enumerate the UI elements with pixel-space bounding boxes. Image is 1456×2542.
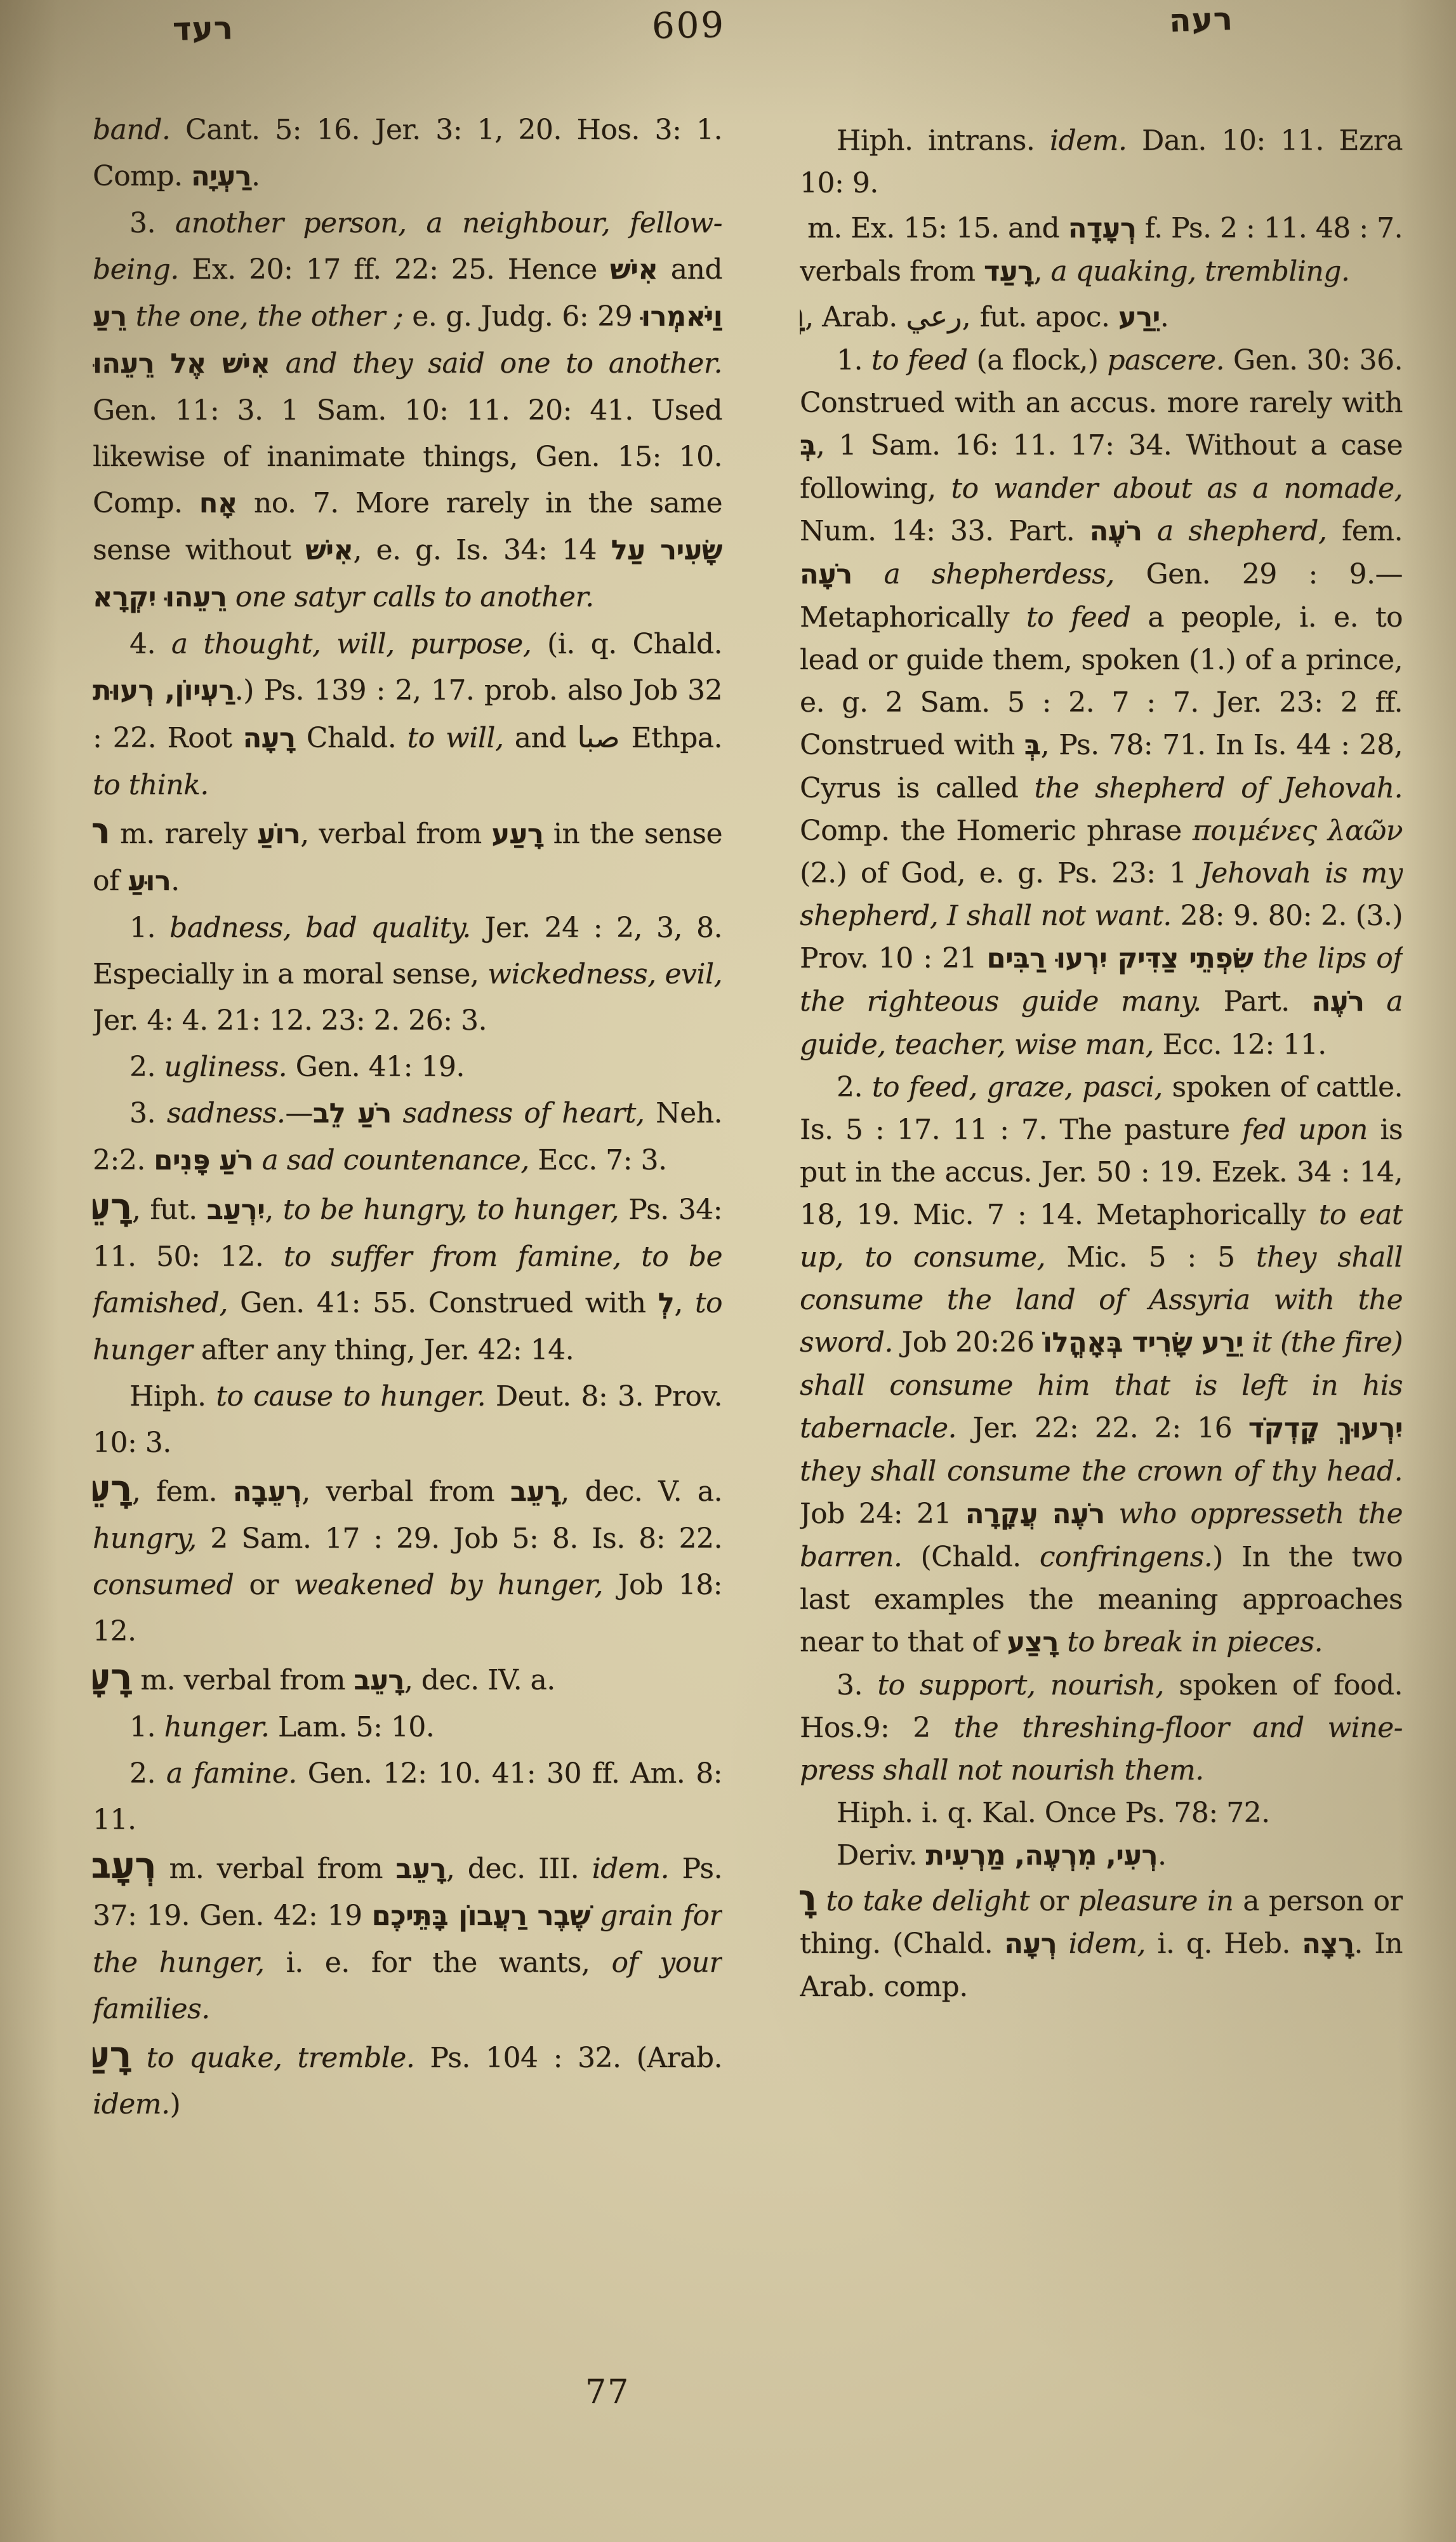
italic-text-segment: and they said one to another.	[270, 347, 722, 380]
text-segment: ,	[265, 1194, 283, 1226]
hebrew-text: אָח	[199, 488, 237, 519]
entry-paragraph: I. רָעָה, Arab. رعي, fut. apoc. יֵרַע.	[800, 293, 1403, 339]
hebrew-text: רְעָדָה	[1068, 213, 1137, 244]
text-segment: Hiph. intrans.	[837, 124, 1050, 157]
hebrew-text: רְעֵבָה	[233, 1476, 302, 1508]
italic-text-segment: to cause to hunger.	[216, 1380, 486, 1413]
text-segment: Hiph.	[129, 1380, 216, 1413]
paragraph: Hiph. to cause to hunger. Deut. 8: 3. Pr…	[93, 1373, 722, 1466]
text-segment: m. verbal from	[156, 1853, 395, 1885]
text-segment: Mic. 5 : 5	[1045, 1241, 1256, 1274]
text-segment: i. q. Heb.	[1146, 1927, 1302, 1960]
italic-text-segment: they shall consume the crown of thy head…	[800, 1455, 1403, 1487]
hebrew-headword: רָעַד	[93, 2034, 131, 2076]
text-segment: Job 20:26	[893, 1326, 1043, 1359]
italic-text-segment: idem.	[592, 1853, 670, 1885]
text-segment: Ex. 20: 17 ff. 22: 25. Hence	[179, 253, 610, 286]
hebrew-text: רֹעֶה עֲקָרָה	[965, 1498, 1105, 1530]
text-segment: Job 24: 21	[800, 1498, 965, 1530]
text-segment: Part.	[1201, 985, 1312, 1018]
hebrew-text: רַעְיָה	[191, 161, 251, 192]
italic-text-segment: one satyr calls to another.	[227, 581, 593, 613]
hebrew-text: בְּ	[1024, 729, 1041, 761]
hebrew-text: יֵרַע שָׂרִיד בְּאָהֳלוֹ	[1043, 1327, 1243, 1359]
text-segment: or	[1029, 1885, 1078, 1917]
text-segment: 4.	[129, 628, 171, 660]
italic-text-segment: to break in pieces.	[1059, 1626, 1323, 1658]
paragraph: 3. sadness.—רֹעַ לֵב sadness of heart, N…	[93, 1090, 722, 1184]
text-segment: and	[658, 253, 722, 286]
text-segment: after any thing, Jer. 42: 14.	[192, 1334, 574, 1366]
text-segment: , verbal from	[301, 1475, 510, 1508]
text-segment: m. verbal from	[132, 1664, 354, 1696]
italic-text-segment: the one, the other ;	[127, 300, 404, 333]
text-segment: 3.	[837, 1669, 877, 1701]
text-segment: Ethpa.	[620, 722, 722, 754]
text-segment: , fut. apoc.	[962, 301, 1118, 333]
text-segment: (Chald.	[902, 1541, 1040, 1573]
text-segment: (i. q. Chald.	[531, 628, 722, 660]
italic-text-segment: the shepherd of Jehovah.	[1034, 772, 1403, 804]
italic-text-segment: wickedness, evil,	[487, 958, 722, 990]
hebrew-text: בְּ	[800, 430, 816, 462]
hebrew-text: רָעֵב	[510, 1476, 560, 1508]
text-segment: 1.	[837, 344, 871, 376]
entry-paragraph: II. רָעָה to take delight or pleasure in…	[800, 1877, 1403, 2008]
signature-mark: 77	[585, 2373, 630, 2411]
hebrew-text: רֹעֶה	[1312, 986, 1365, 1018]
text-segment: Ps. 104 : 32. (Arab.	[414, 2042, 722, 2074]
hebrew-headword: רָעֵב	[93, 1186, 132, 1228]
text-segment: ,	[1033, 255, 1050, 288]
hebrew-text: רֵעַ	[93, 301, 127, 333]
text-segment: , dec. IV. a.	[404, 1664, 555, 1696]
italic-text-segment: sadness.	[167, 1097, 286, 1129]
italic-text-segment: to feed	[871, 344, 968, 376]
hebrew-text: שִׂפְתֵי צַדִּיק יִרְעוּ רַבִּים	[987, 943, 1254, 975]
paragraph: 3. another person, a neighbour, fel­low-…	[93, 200, 722, 621]
italic-text-segment: idem,	[1057, 1927, 1146, 1960]
hebrew-text: רוֹעַ	[257, 818, 300, 850]
header-keyword-left: רעד	[172, 10, 234, 48]
text-segment: , Arab.	[805, 301, 906, 333]
italic-text-segment: to support, nourish,	[877, 1669, 1164, 1701]
text-segment: Lam. 5: 10.	[269, 1711, 434, 1743]
hebrew-text: רַעְיוֹן, רְעוּת	[93, 675, 235, 707]
hebrew-text: רוּעַ	[128, 865, 171, 897]
text-segment: Jer. 22: 22. 2: 16	[956, 1412, 1248, 1444]
text-segment: , fut.	[132, 1194, 207, 1226]
italic-text-segment: to feed	[1026, 601, 1131, 634]
entry-paragraph: רָעֵב, fem. רְעֵבָה, verbal from רָעֵב, …	[93, 1466, 722, 1654]
text-segment: m. Ex. 15: 15. and	[800, 212, 1068, 244]
italic-text-segment: sadness of heart,	[392, 1097, 645, 1129]
italic-text-segment: a shepherdess,	[852, 558, 1115, 590]
hebrew-text: רְעָה	[1004, 1928, 1057, 1960]
paragraph: 3. to support, nourish, spoken of food. …	[800, 1664, 1403, 1792]
page-number: 609	[634, 4, 743, 48]
text-segment: Hiph. i. q. Kal. Once Ps. 78: 72.	[837, 1797, 1270, 1829]
text-segment: Ecc. 7: 3.	[529, 1144, 667, 1176]
text-segment: (a flock,)	[967, 344, 1107, 376]
hebrew-headword: רָעָב	[93, 1656, 132, 1698]
paragraph: 4. a thought, will, purpose, (i. q. Chal…	[93, 621, 722, 808]
text-segment: 2.	[129, 1757, 166, 1790]
italic-text-segment: to think.	[93, 769, 209, 801]
text-segment: .	[1160, 301, 1169, 333]
arabic-text: رعي	[906, 299, 962, 333]
text-segment: .	[171, 865, 180, 897]
italic-text-segment: weakened by hunger,	[294, 1569, 603, 1601]
paragraph: band. Cant. 5: 16. Jer. 3: 1, 20. Hos. 3…	[93, 107, 722, 200]
entry-paragraph: רָעָב m. verbal from רָעֵב, dec. IV. a.	[93, 1654, 722, 1704]
text-segment: Gen. 41: 19.	[287, 1051, 465, 1083]
text-segment: Chald.	[295, 722, 407, 754]
italic-text-segment: a shepherd,	[1142, 515, 1327, 547]
hebrew-headword: רְעָבוֹן	[93, 1845, 156, 1887]
italic-text-segment: hunger.	[164, 1711, 269, 1743]
text-segment: 2.	[129, 1051, 164, 1083]
entry-paragraph: רְעָבוֹן m. verbal from רָעֵב, dec. III.…	[93, 1843, 722, 2032]
italic-text-segment: to take delight	[816, 1885, 1029, 1917]
entry-paragraph: רָעַד to quake, tremble. Ps. 104 : 32. (…	[93, 2032, 722, 2127]
italic-text-segment: to quake, tremble.	[131, 2042, 415, 2074]
hebrew-text: רָעֵב	[395, 1853, 446, 1885]
text-segment: , fem.	[132, 1475, 233, 1508]
text-segment: 1.	[129, 1711, 164, 1743]
left-column: band. Cant. 5: 16. Jer. 3: 1, 20. Hos. 3…	[93, 107, 722, 2369]
italic-text-segment: to feed, graze, pasci,	[872, 1071, 1163, 1103]
italic-text-segment: to be hungry, to hunger,	[283, 1194, 619, 1226]
paragraph: 1. badness, bad quality. Jer. 24 : 2, 3,…	[93, 905, 722, 1044]
text-segment: .	[251, 160, 260, 192]
italic-text-segment: pascere.	[1107, 344, 1224, 376]
italic-text-segment: to wander about as a nomade,	[951, 472, 1403, 505]
hebrew-headword: רָעָה	[800, 293, 805, 335]
hebrew-text: רָצָה	[1302, 1928, 1354, 1960]
italic-text-segment: band.	[93, 114, 170, 146]
hebrew-text: אִישׁ	[305, 535, 353, 566]
text-segment: .	[1158, 1839, 1167, 1872]
text-segment: Comp. the Homeric phrase	[800, 815, 1193, 847]
entry-paragraph: רֹעַ m. rarely רוֹעַ, verbal from רָעַע …	[93, 808, 722, 905]
hebrew-text: לְ	[658, 1288, 675, 1319]
text-segment: —	[285, 1097, 313, 1129]
hebrew-headword: רֹעַ	[93, 810, 110, 852]
hebrew-headword: רָעֵב	[93, 1468, 132, 1510]
text-segment: Deriv.	[837, 1839, 926, 1872]
text-segment: , verbal from	[300, 818, 491, 850]
italic-text-segment: ugliness.	[164, 1051, 287, 1083]
lexicon-page: רעד 609 רעה band. Cant. 5: 16. Jer. 3: 1…	[0, 0, 1456, 2542]
text-segment: 3.	[129, 1097, 167, 1129]
paragraph: 2. ugliness. Gen. 41: 19.	[93, 1044, 722, 1090]
text-segment: e. g. Judg. 6: 29	[403, 300, 641, 333]
text-segment: (2.) of God, e. g. Ps. 23: 1	[800, 857, 1200, 889]
paragraph: 1. to feed (a flock,) pascere. Gen. 30: …	[800, 339, 1403, 1066]
hebrew-text: רֹעַ פָּנִים	[154, 1145, 253, 1176]
paragraph: Hiph. intrans. idem. Dan. 10: 11. Ezra 1…	[800, 119, 1403, 204]
italic-text-segment: pleasure in	[1078, 1885, 1233, 1917]
paragraph: Deriv. רְעִי, מִרְעֶה, מַרְעִית.	[800, 1834, 1403, 1877]
italic-text-segment: consumed	[93, 1569, 234, 1601]
hebrew-text: רֹעַ לֵב	[313, 1098, 392, 1129]
paragraph: Hiph. i. q. Kal. Once Ps. 78: 72.	[800, 1792, 1403, 1834]
hebrew-text: רָצַע	[1007, 1627, 1058, 1658]
italic-text-segment: fed upon	[1242, 1114, 1368, 1146]
hebrew-text: רָעֵב	[354, 1665, 404, 1696]
hebrew-text: אִישׁ	[610, 254, 658, 286]
entry-paragraph: רָעֵב, fut. יִרְעַב, to be hungry, to hu…	[93, 1184, 722, 1373]
italic-text-segment: a quaking, trembling.	[1050, 255, 1349, 288]
text-segment: 2 Sam. 17 : 29. Job 5: 8. Is. 8: 22.	[197, 1522, 722, 1555]
italic-text-segment: hungry,	[93, 1522, 197, 1555]
text-segment: , dec. III.	[446, 1853, 592, 1885]
text-segment: Cant. 5: 16. Jer. 3: 1, 20. Hos. 3: 1. C…	[93, 114, 722, 192]
text-segment: , dec. V. a.	[560, 1475, 722, 1508]
text-segment: )	[170, 2088, 181, 2120]
italic-text-segment: confringens.	[1040, 1541, 1212, 1573]
text-segment: m. rarely	[110, 818, 257, 850]
text-segment: Num. 14: 33. Part.	[800, 515, 1090, 547]
italic-text-segment: a sad countenance,	[253, 1144, 529, 1176]
text-segment: i. e. for the wants,	[265, 1946, 612, 1979]
hebrew-headword: רָעָה	[800, 1877, 816, 1919]
text-segment: , e. g. Is. 34: 14	[353, 534, 611, 566]
paragraph: 2. to feed, graze, pasci, spoken of catt…	[800, 1066, 1403, 1664]
italic-text-segment: badness, bad quality.	[169, 912, 471, 944]
text-segment: Jer. 4: 4. 21: 12. 23: 2. 26: 3.	[93, 1004, 487, 1037]
header-keyword-right: רעה	[1168, 0, 1234, 39]
text-segment: 3.	[129, 207, 175, 239]
hebrew-text: רָעַע	[491, 818, 543, 850]
hebrew-text: שֶׁבֶר רַעֲבוֹן בָּתֵּיכֶם	[372, 1900, 590, 1932]
text-segment: and	[503, 722, 577, 754]
italic-text-segment: a thought, will, purpose,	[171, 628, 531, 660]
text-segment: Ecc. 12: 11.	[1154, 1028, 1327, 1061]
hebrew-text: רֹעֶה	[1090, 516, 1142, 547]
italic-text-segment: to will,	[407, 722, 504, 754]
italic-text-segment: idem.	[93, 2088, 170, 2120]
text-segment: fem.	[1327, 515, 1403, 547]
syriac-text: صبا	[577, 720, 619, 754]
paragraph: 1. hunger. Lam. 5: 10.	[93, 1704, 722, 1750]
hebrew-text: רֹעָה	[800, 559, 852, 590]
paragraph: 2. a famine. Gen. 12: 10. 41: 30 ff. Am.…	[93, 1750, 722, 1843]
italic-text-segment: idem.	[1050, 124, 1127, 157]
right-column: Hiph. intrans. idem. Dan. 10: 11. Ezra 1…	[800, 119, 1403, 2525]
hebrew-text: יִרְעַב	[207, 1194, 265, 1226]
hebrew-text: יֵרַע	[1118, 302, 1160, 333]
text-segment: Gen. 41: 55. Construed with	[228, 1287, 658, 1319]
hebrew-text: רָעַד	[984, 256, 1033, 288]
entry-paragraph: רַעַד m. Ex. 15: 15. and רְעָדָה f. Ps. …	[800, 204, 1403, 293]
greek-text: ποιμένες λαῶν	[1193, 815, 1403, 847]
hebrew-text: יִרְעוּךְ קָדְקֹד	[1248, 1413, 1403, 1444]
text-segment: ,	[674, 1287, 695, 1319]
text-segment: or	[234, 1569, 294, 1601]
hebrew-text: רָעָה	[243, 722, 296, 754]
text-segment: 1.	[129, 912, 169, 944]
italic-text-segment: a famine.	[166, 1757, 297, 1790]
text-segment: 2.	[837, 1071, 872, 1103]
hebrew-text: רְעִי, מִרְעֶה, מַרְעִית	[926, 1840, 1158, 1872]
